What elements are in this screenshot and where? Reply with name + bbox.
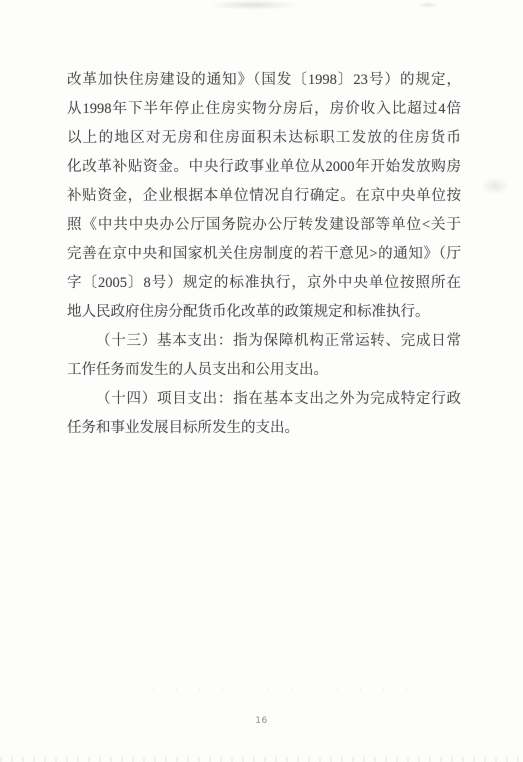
scan-noise-bottom-edge [0, 757, 523, 762]
text-line paragraph-start: （十四）项目支出：指在基本支出之外为完成特定行政 [67, 385, 461, 414]
document-page: 改革加快住房建设的通知》（国发〔1998〕23号）的规定， 从1998年下半年停… [0, 0, 523, 762]
text-line paragraph-start: （十三）基本支出：指为保障机构正常运转、完成日常 [67, 327, 461, 356]
text-line: 补贴资金，企业根据本单位情况自行确定。在京中央单位按 [67, 182, 461, 211]
text-line: 任务和事业发展目标所发生的支出。 [67, 414, 461, 443]
scan-smudge-top [208, 0, 298, 10]
page-number: 16 [0, 716, 523, 726]
text-line: 字〔2005〕8号）规定的标准执行，京外中央单位按照所在 [67, 269, 461, 298]
text-line: 改革加快住房建设的通知》（国发〔1998〕23号）的规定， [67, 66, 461, 95]
scan-speckle-row [130, 689, 430, 691]
text-line: 照《中共中央办公厅国务院办公厅转发建设部等单位<关于 [67, 211, 461, 240]
text-line: 地人民政府住房分配货币化改革的政策规定和标准执行。 [67, 298, 461, 327]
text-line: 工作任务而发生的人员支出和公用支出。 [67, 356, 461, 385]
text-line: 化改革补贴资金。中央行政事业单位从2000年开始发放购房 [67, 153, 461, 182]
scan-smudge-right [481, 177, 509, 195]
body-text: 改革加快住房建设的通知》（国发〔1998〕23号）的规定， 从1998年下半年停… [67, 66, 461, 443]
text-line: 以上的地区对无房和住房面积未达标职工发放的住房货币 [67, 124, 461, 153]
text-line: 完善在京中央和国家机关住房制度的若干意见>的通知》（厅 [67, 240, 461, 269]
scan-smudge-top-right [418, 2, 438, 8]
text-line: 从1998年下半年停止住房实物分房后，房价收入比超过4倍 [67, 95, 461, 124]
